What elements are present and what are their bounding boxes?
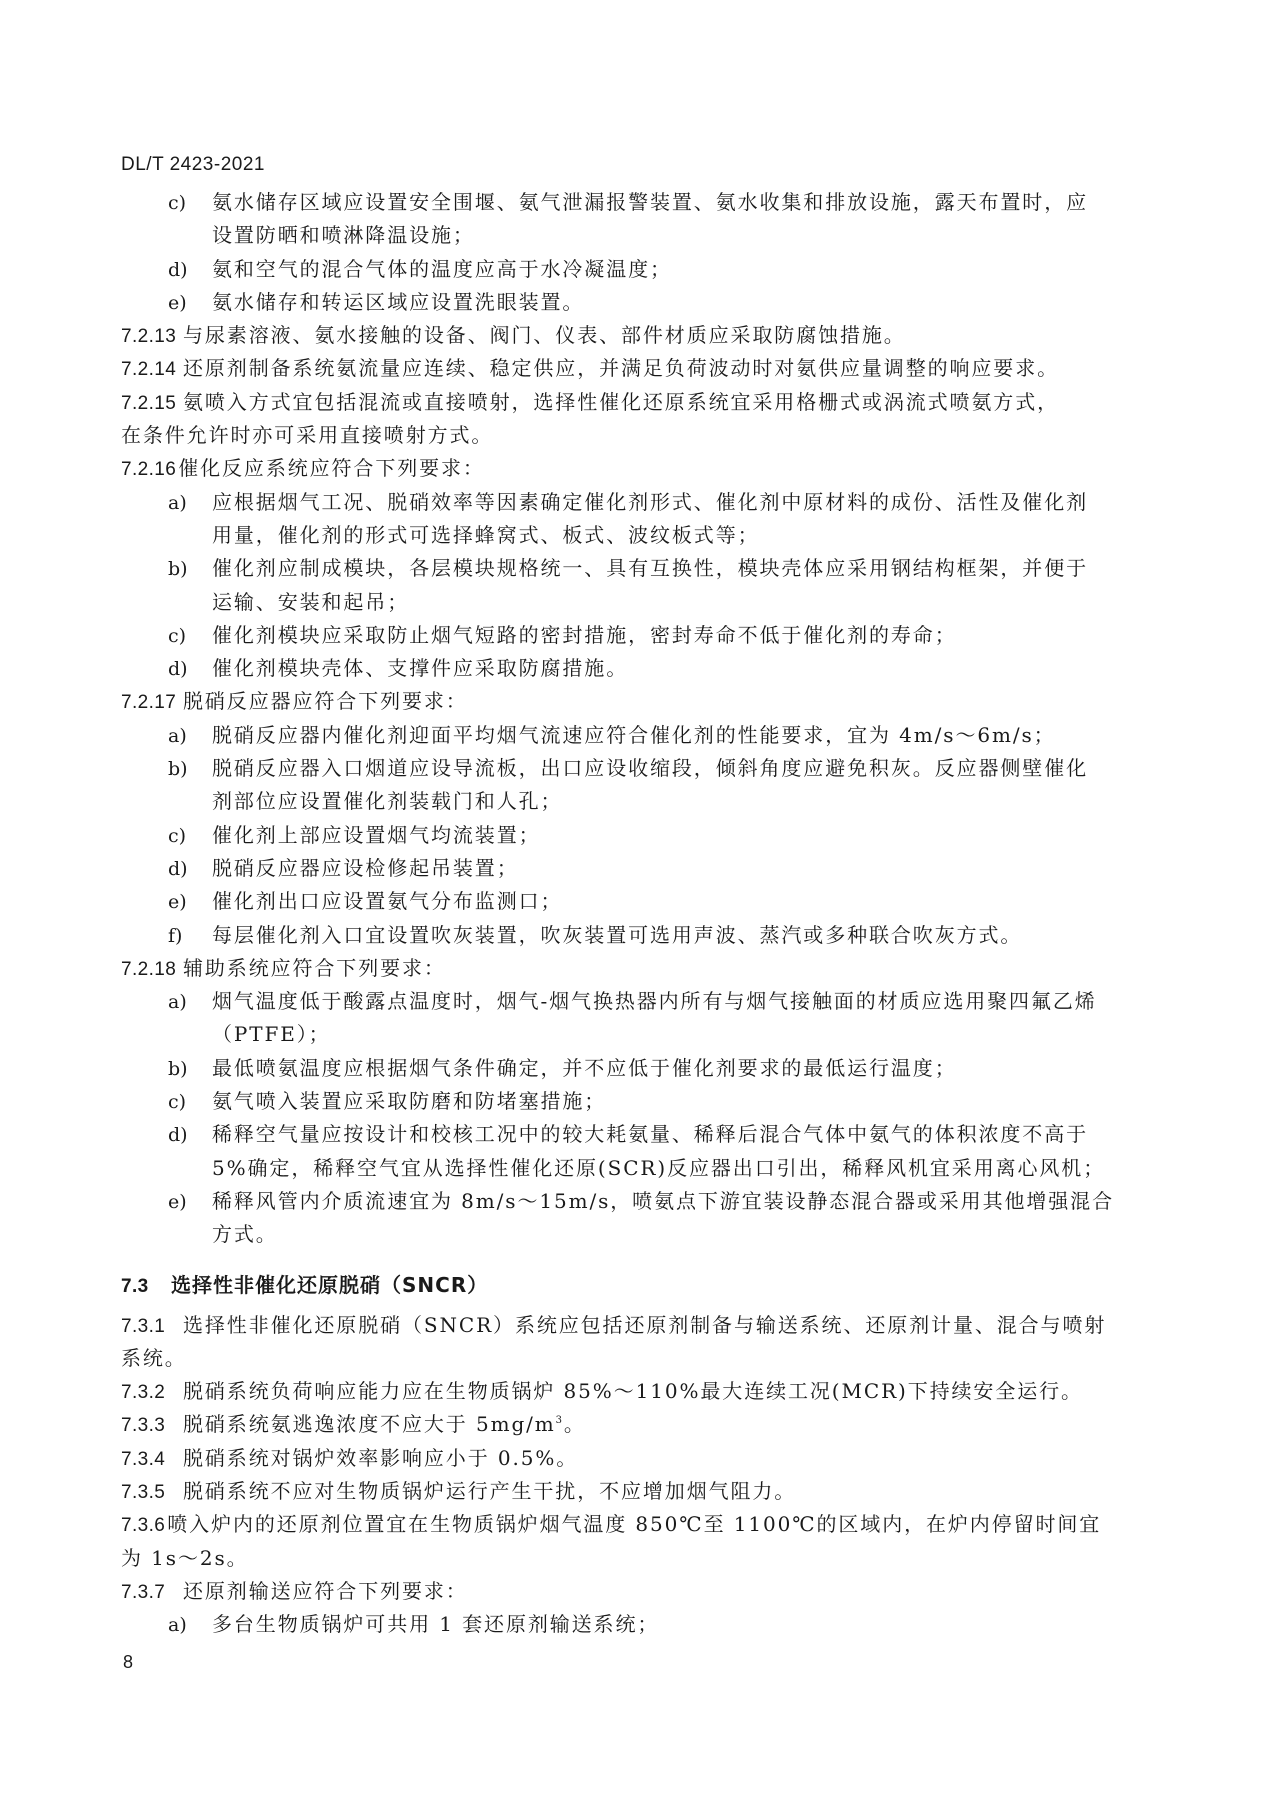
list-item: d)稀释空气量应按设计和校核工况中的较大耗氨量、稀释后混合气体中氨气的体积浓度不… (121, 1118, 1117, 1151)
list-item-continuation: 方式。 (121, 1218, 1117, 1251)
clause-continuation: 为 1s～2s。 (121, 1542, 1117, 1575)
list-item: c)催化剂上部应设置烟气均流装置； (121, 819, 1117, 852)
clause-7-3-6: 7.3.6喷入炉内的还原剂位置宜在生物质锅炉烟气温度 850℃至 1100℃的区… (121, 1508, 1117, 1541)
list-item-continuation: 剂部位应设置催化剂装载门和人孔； (121, 785, 1117, 818)
list-item: e)稀释风管内介质流速宜为 8m/s～15m/s，喷氨点下游宜装设静态混合器或采… (121, 1185, 1117, 1218)
clause-continuation: 系统。 (121, 1342, 1117, 1375)
section-heading: 7.3选择性非催化还原脱硝（SNCR） (121, 1263, 1117, 1307)
list-item: d)氨和空气的混合气体的温度应高于水冷凝温度； (121, 253, 1117, 286)
list-item: d)催化剂模块壳体、支撑件应采取防腐措施。 (121, 652, 1117, 685)
list-item: d)脱硝反应器应设检修起吊装置； (121, 852, 1117, 885)
clause-7-2-13: 7.2.13与尿素溶液、氨水接触的设备、阀门、仪表、部件材质应采取防腐蚀措施。 (121, 319, 1117, 352)
document-header: DL/T 2423-2021 (121, 150, 265, 180)
list-item-continuation: 5%确定，稀释空气宜从选择性催化还原(SCR)反应器出口引出，稀释风机宜采用离心… (121, 1152, 1117, 1185)
list-item: b)最低喷氨温度应根据烟气条件确定，并不应低于催化剂要求的最低运行温度； (121, 1052, 1117, 1085)
list-item: b)脱硝反应器入口烟道应设导流板，出口应设收缩段，倾斜角度应避免积灰。反应器侧壁… (121, 752, 1117, 785)
clause-7-3-3: 7.3.3脱硝系统氨逃逸浓度不应大于 5mg/m3。 (121, 1408, 1117, 1441)
list-item: e)氨水储存和转运区域应设置洗眼装置。 (121, 286, 1117, 319)
list-item: a)多台生物质锅炉可共用 1 套还原剂输送系统； (121, 1608, 1117, 1641)
list-item: a)烟气温度低于酸露点温度时，烟气-烟气换热器内所有与烟气接触面的材质应选用聚四… (121, 985, 1117, 1018)
list-item: a)脱硝反应器内催化剂迎面平均烟气流速应符合催化剂的性能要求，宜为 4m/s～6… (121, 719, 1117, 752)
clause-7-3-1: 7.3.1选择性非催化还原脱硝（SNCR）系统应包括还原剂制备与输送系统、还原剂… (121, 1309, 1117, 1342)
document-page: DL/T 2423-2021 c)氨水储存区域应设置安全围堰、氨气泄漏报警装置、… (0, 0, 1271, 1797)
list-item: c)氨气喷入装置应采取防磨和防堵塞措施； (121, 1085, 1117, 1118)
clause-7-3-7: 7.3.7还原剂输送应符合下列要求： (121, 1575, 1117, 1608)
spacer (121, 1252, 1117, 1263)
clause-7-2-14: 7.2.14还原剂制备系统氨流量应连续、稳定供应，并满足负荷波动时对氨供应量调整… (121, 352, 1117, 385)
document-body: c)氨水储存区域应设置安全围堰、氨气泄漏报警装置、氨水收集和排放设施，露天布置时… (121, 186, 1117, 1641)
list-item-continuation: 用量，催化剂的形式可选择蜂窝式、板式、波纹板式等； (121, 519, 1117, 552)
clause-7-3-4: 7.3.4脱硝系统对锅炉效率影响应小于 0.5%。 (121, 1442, 1117, 1475)
list-item-continuation: （PTFE）； (121, 1018, 1117, 1051)
clause-7-2-16: 7.2.16催化反应系统应符合下列要求： (121, 452, 1117, 485)
list-item: e)催化剂出口应设置氨气分布监测口； (121, 885, 1117, 918)
list-item: c)氨水储存区域应设置安全围堰、氨气泄漏报警装置、氨水收集和排放设施，露天布置时… (121, 186, 1117, 219)
list-item-continuation: 运输、安装和起吊； (121, 586, 1117, 619)
list-item: b)催化剂应制成模块，各层模块规格统一、具有互换性，模块壳体应采用钢结构框架，并… (121, 552, 1117, 585)
list-item: a)应根据烟气工况、脱硝效率等因素确定催化剂形式、催化剂中原材料的成份、活性及催… (121, 486, 1117, 519)
clause-7-2-17: 7.2.17脱硝反应器应符合下列要求： (121, 685, 1117, 718)
clause-continuation: 在条件允许时亦可采用直接喷射方式。 (121, 419, 1117, 452)
list-item-continuation: 设置防晒和喷淋降温设施； (121, 219, 1117, 252)
clause-7-3-5: 7.3.5脱硝系统不应对生物质锅炉运行产生干扰，不应增加烟气阻力。 (121, 1475, 1117, 1508)
page-number: 8 (123, 1652, 133, 1673)
clause-7-3-2: 7.3.2脱硝系统负荷响应能力应在生物质锅炉 85%～110%最大连续工况(MC… (121, 1375, 1117, 1408)
clause-7-2-15: 7.2.15氨喷入方式宜包括混流或直接喷射，选择性催化还原系统宜采用格栅式或涡流… (121, 386, 1117, 419)
clause-7-2-18: 7.2.18辅助系统应符合下列要求： (121, 952, 1117, 985)
list-item: c)催化剂模块应采取防止烟气短路的密封措施，密封寿命不低于催化剂的寿命； (121, 619, 1117, 652)
list-item: f)每层催化剂入口宜设置吹灰装置，吹灰装置可选用声波、蒸汽或多种联合吹灰方式。 (121, 919, 1117, 952)
